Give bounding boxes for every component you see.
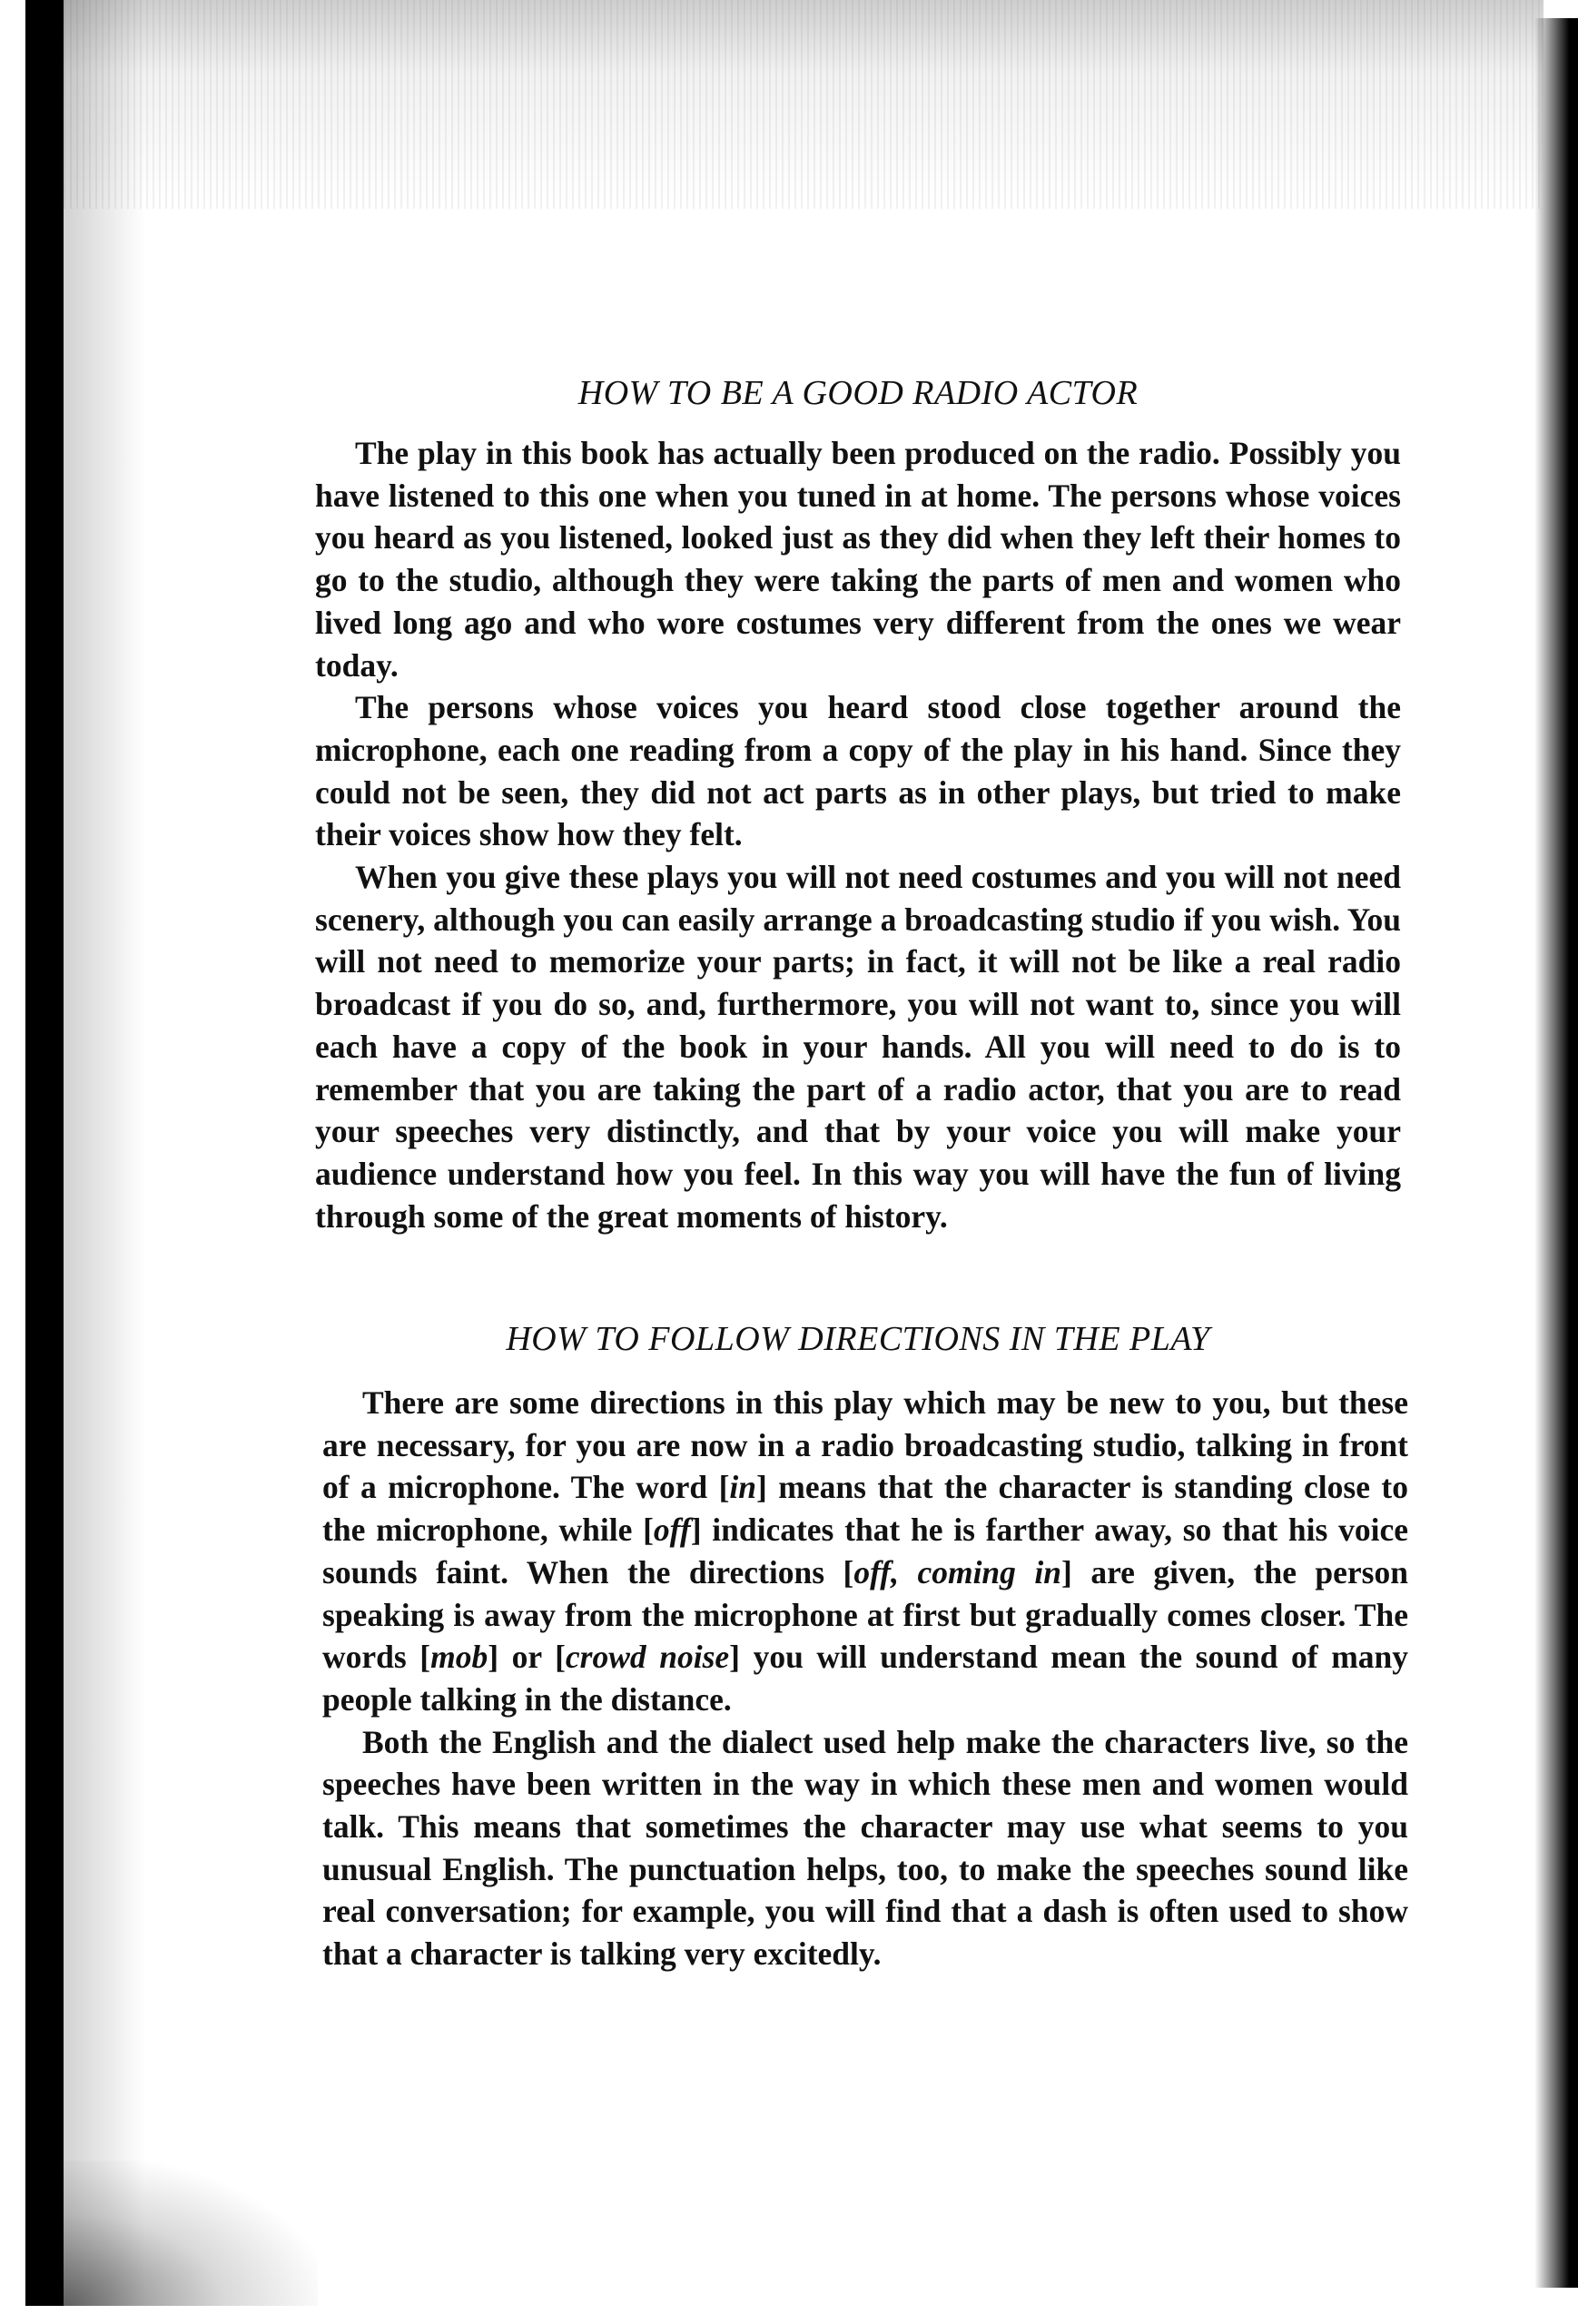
section-heading-radio-actor: HOW TO BE A GOOD RADIO ACTOR — [315, 372, 1401, 414]
stage-direction-in: in — [729, 1469, 756, 1505]
scan-noise-top — [64, 0, 1543, 209]
scan-border-right — [1534, 18, 1578, 2288]
stage-direction-off: off — [654, 1512, 691, 1548]
paragraph: The play in this book has actually been … — [315, 432, 1401, 686]
paragraph: The persons whose voices you heard stood… — [315, 686, 1401, 856]
stage-direction-mob: mob — [430, 1639, 488, 1675]
stage-direction-off-coming-in: off, coming in — [853, 1554, 1061, 1590]
paragraph: When you give these plays you will not n… — [315, 856, 1401, 1237]
paragraph-stage-directions: There are some directions in this play w… — [322, 1382, 1408, 1721]
stage-direction-crowd-noise: crowd noise — [566, 1639, 729, 1675]
scan-shadow-left — [64, 0, 145, 2306]
paragraph: Both the English and the dialect used he… — [322, 1721, 1408, 1975]
section-body-follow-directions: There are some directions in this play w… — [322, 1382, 1408, 1975]
section-body-radio-actor: The play in this book has actually been … — [315, 432, 1401, 1237]
section-heading-follow-directions: HOW TO FOLLOW DIRECTIONS IN THE PLAY — [315, 1318, 1401, 1360]
scan-border-left — [25, 0, 64, 2306]
scan-noise-bottom-left — [64, 2161, 318, 2306]
text-run: ] or [ — [488, 1639, 566, 1675]
